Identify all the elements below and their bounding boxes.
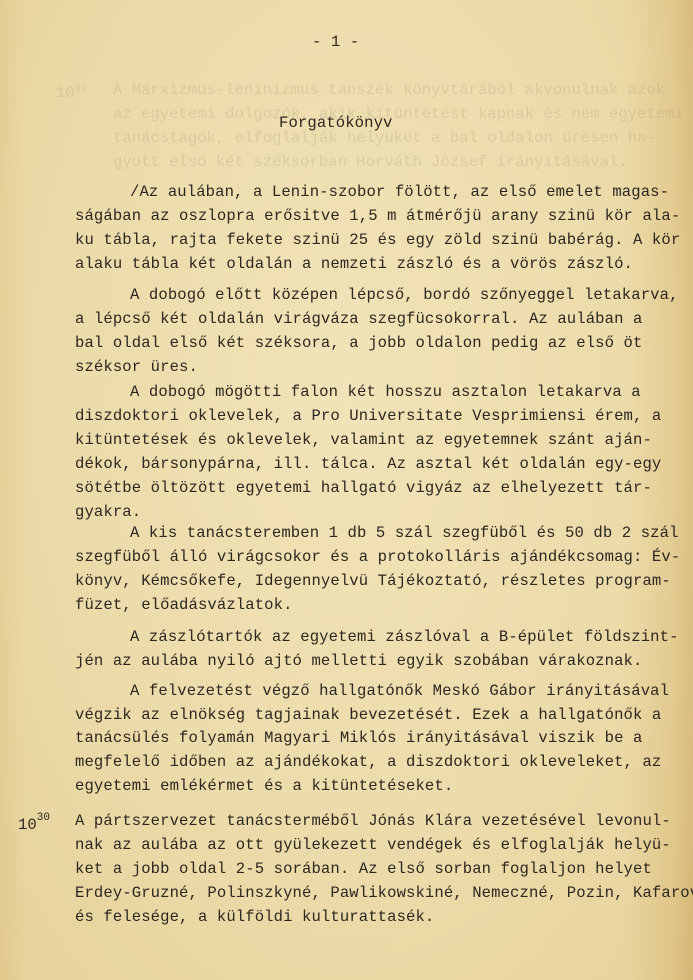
- page-number: - 1 -: [312, 32, 359, 52]
- text-line: bal oldal első két széksora, a jobb olda…: [75, 333, 642, 353]
- text-line: sötétbe öltözött egyetemi hallgató vigyá…: [75, 478, 652, 498]
- bleed-time-label: 1032: [56, 80, 87, 103]
- text-line: A dobogó előtt középen lépcső, bordó sző…: [130, 285, 679, 305]
- text-line: széksor üres.: [75, 357, 198, 377]
- text-line: nak az aulába az ott gyülekezett vendége…: [75, 835, 671, 855]
- text-line: A dobogó mögötti falon két hosszu asztal…: [130, 382, 641, 402]
- text-line: egyetemi emlékérmet és a kitüntetéseket.: [75, 776, 453, 796]
- text-line: könyv, Kémcsőkefe, Idegennyelvü Tájékozt…: [75, 571, 671, 591]
- text-line: és felesége, a külföldi kulturattasék.: [75, 907, 434, 927]
- text-line: végzik az elnökség tagjainak bevezetését…: [75, 705, 661, 725]
- text-line: A kis tanácsteremben 1 db 5 szál szegfüb…: [130, 523, 679, 543]
- bleed-line: az egyetemi dolgozók, akik kitüntetést k…: [113, 104, 684, 124]
- text-line: tanácsülés folyamán Magyari Miklós irány…: [75, 728, 642, 748]
- bleed-time-base: 10: [56, 84, 75, 102]
- document-page: 1032 A Marxizmus-leninizmus tanszék köny…: [0, 0, 693, 980]
- text-line: jén az aulába nyiló ajtó melletti egyik …: [75, 651, 642, 671]
- time-marker: 1030: [18, 811, 50, 835]
- time-sup: 30: [37, 812, 50, 824]
- text-line: füzet, előadásvázlatok.: [75, 595, 293, 615]
- text-line: megfelelő időben az ajándékokat, a diszd…: [75, 752, 661, 772]
- page-title: Forgatókönyv: [279, 113, 393, 133]
- text-line: ságában az oszlopra erősitve 1,5 m átmér…: [75, 206, 680, 226]
- text-line: gyakra.: [75, 502, 141, 522]
- text-line: ku tábla, rajta fekete szinü 25 és egy z…: [75, 230, 680, 250]
- text-line: alaku tábla két oldalán a nemzeti zászló…: [75, 254, 633, 274]
- text-line: Erdey-Gruzné, Polinszkyné, Pawlikowskiné…: [75, 883, 693, 903]
- text-line: kitüntetések és oklevelek, valamint az e…: [75, 430, 652, 450]
- text-line: szegfüből álló virágcsokor és a protokol…: [75, 547, 680, 567]
- text-line: ket a jobb oldal 2-5 sorában. Az első so…: [75, 859, 652, 879]
- bleed-line: A Marxizmus-leninizmus tanszék könyvtárá…: [113, 80, 665, 100]
- text-line: a lépcső két oldalán virágváza szegfücso…: [75, 309, 642, 329]
- text-line: diszdoktori oklevelek, a Pro Universitat…: [75, 406, 661, 426]
- time-base: 10: [18, 816, 37, 834]
- text-line: /Az aulában, a Lenin-szobor fölött, az e…: [130, 182, 669, 202]
- text-line: A pártszervezet tanácsterméből Jónás Klá…: [75, 811, 671, 831]
- text-line: dékok, bársonypárna, ill. tálca. Az aszt…: [75, 454, 661, 474]
- text-line: A felvezetést végző hallgatónők Meskó Gá…: [130, 681, 669, 701]
- text-line: A zászlótartók az egyetemi zászlóval a B…: [130, 627, 679, 647]
- bleed-time-sup: 32: [75, 84, 87, 95]
- bleed-line: gyott első két széksorban Horváth József…: [113, 152, 628, 172]
